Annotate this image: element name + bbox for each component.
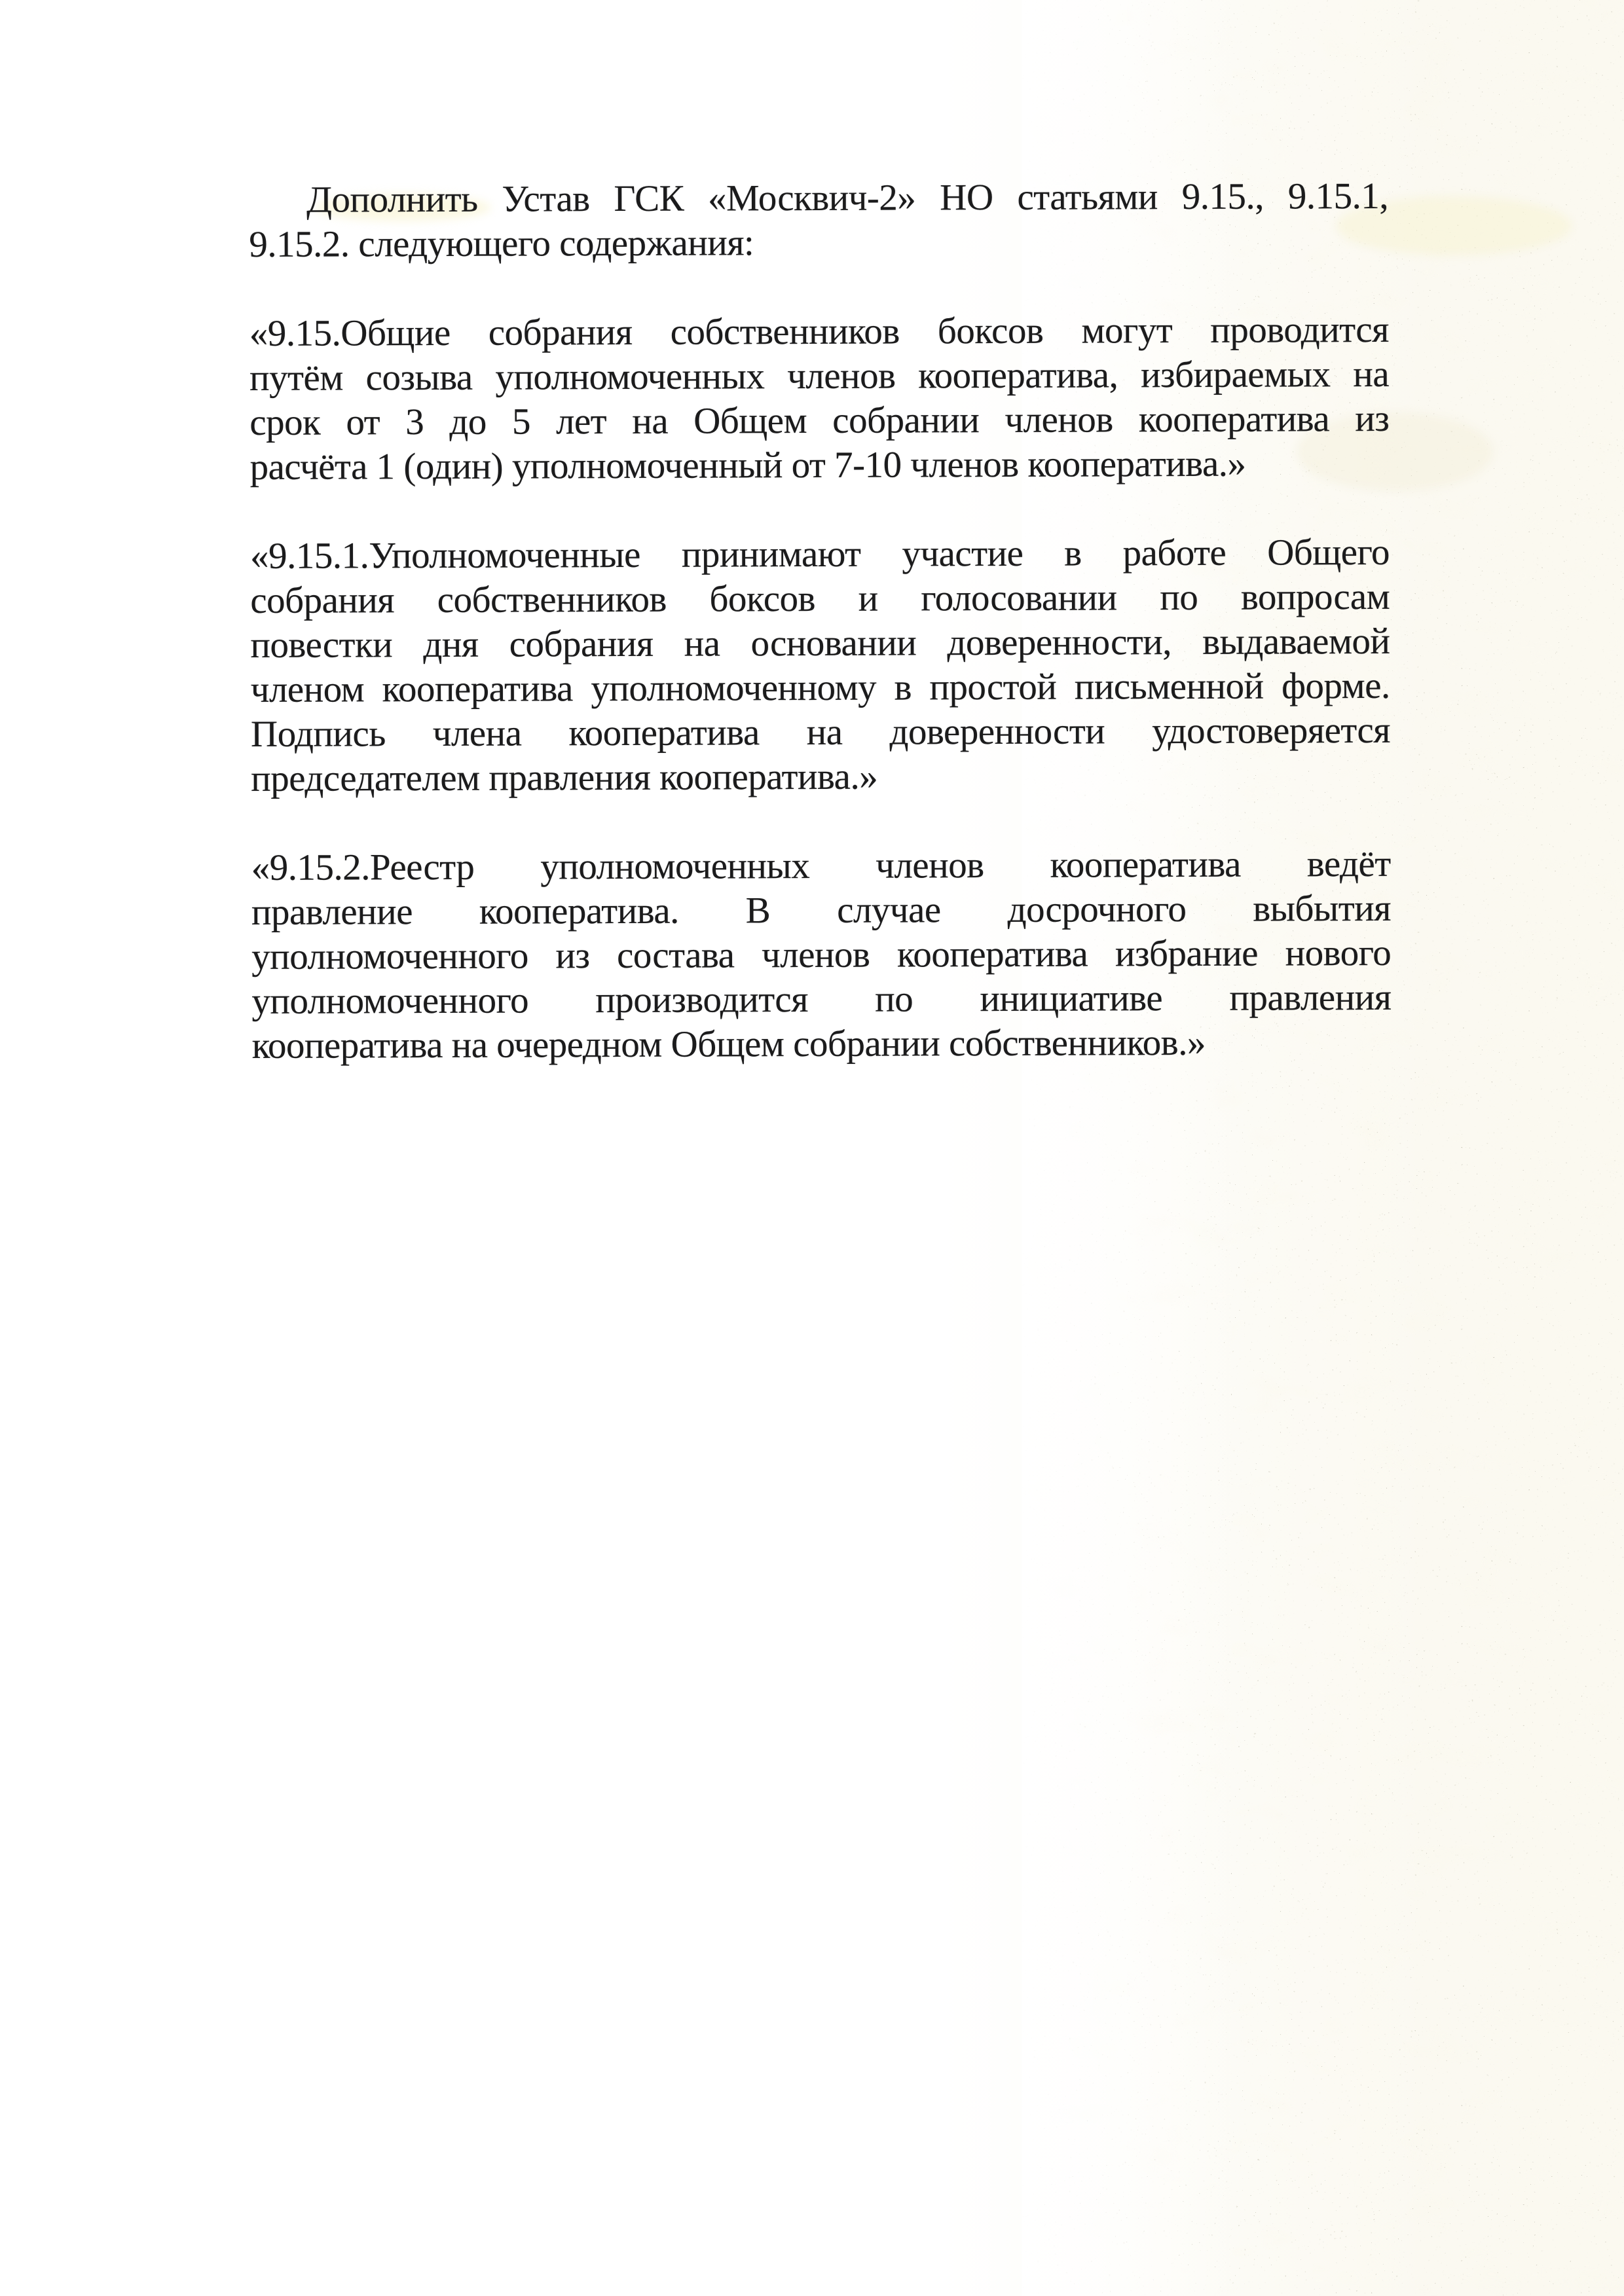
text-line: Подпись члена кооператива на доверенност…	[251, 708, 1390, 757]
text-line: «9.15.Общие собрания собственников боксо…	[249, 308, 1389, 356]
paragraph-article-9-15: «9.15.Общие собрания собственников боксо…	[249, 308, 1390, 490]
paragraph-article-9-15-1: «9.15.1.Уполномоченные принимают участие…	[250, 530, 1390, 801]
text-line: срок от 3 до 5 лет на Общем собрании чле…	[249, 397, 1389, 445]
text-line: кооператива на очередном Общем собрании …	[252, 1020, 1392, 1068]
text-line: «9.15.2.Реестр уполномоченных членов коо…	[251, 842, 1391, 890]
text-line: правление кооператива. В случае досрочно…	[251, 886, 1391, 935]
document-text-block: Дополнить Устав ГСК «Москвич-2» НО стать…	[249, 174, 1392, 1068]
text-line: расчёта 1 (один) уполномоченный от 7-10 …	[249, 441, 1389, 490]
paragraph-article-9-15-2: «9.15.2.Реестр уполномоченных членов коо…	[251, 842, 1392, 1068]
text-line: собрания собственников боксов и голосова…	[250, 575, 1390, 623]
text-line: Дополнить Устав ГСК «Москвич-2» НО стать…	[249, 174, 1388, 223]
text-line: путём созыва уполномоченных членов коопе…	[249, 352, 1389, 401]
text-line: уполномоченного производится по инициати…	[251, 975, 1391, 1024]
scanned-document-page: Дополнить Устав ГСК «Москвич-2» НО стать…	[0, 0, 1624, 2296]
text-line: уполномоченного из состава членов коопер…	[251, 931, 1391, 979]
text-line: членом кооператива уполномоченному в про…	[251, 664, 1390, 712]
text-line: председателем правления кооператива.»	[251, 753, 1390, 801]
text-line: повестки дня собрания на основании довер…	[250, 619, 1390, 668]
text-line: 9.15.2. следующего содержания:	[249, 219, 1388, 267]
text-line: «9.15.1.Уполномоченные принимают участие…	[250, 530, 1390, 579]
paragraph-amendment-intro: Дополнить Устав ГСК «Москвич-2» НО стать…	[249, 174, 1388, 267]
